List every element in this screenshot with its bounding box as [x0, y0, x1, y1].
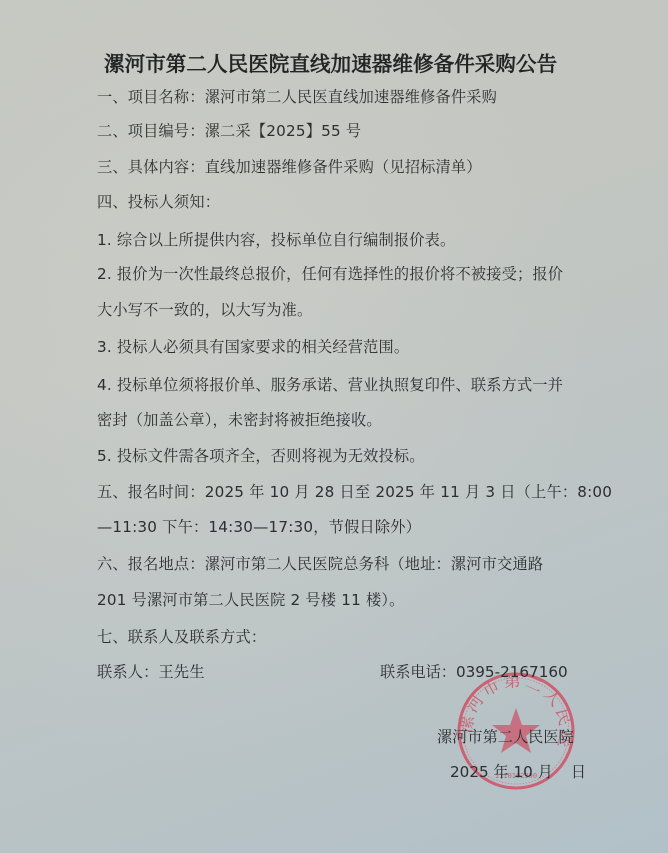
- procurement-notice-page: 漯河市第二人民医院直线加速器维修备件采购公告 一、项目名称：漯河市第二人民医直线…: [0, 0, 668, 853]
- contact-person: 联系人：王先生: [97, 661, 205, 682]
- item-registration-location: 六、报名地点：漯河市第二人民医院总务科（地址：漯河市交通路: [97, 553, 543, 574]
- item-project-number: 二、项目编号：漯二采【2025】55 号: [97, 120, 361, 141]
- contact-phone: 联系电话：0395-2167160: [380, 661, 568, 682]
- item-specific-content: 三、具体内容：直线加速器维修备件采购（见招标清单）: [97, 156, 482, 177]
- date-suffix: 日: [571, 763, 586, 781]
- notice-point-2: 2. 报价为一次性最终总报价，任何有选择性的报价将不被接受；报价: [97, 263, 563, 284]
- signature-organization: 漯河市第二人民医院: [437, 726, 574, 747]
- document-title: 漯河市第二人民医院直线加速器维修备件采购公告: [104, 47, 557, 77]
- date-prefix: 2025 年 10 月: [450, 763, 553, 781]
- notice-point-3: 3. 投标人必须具有国家要求的相关经营范围。: [97, 336, 409, 357]
- item-registration-location-continued: 201 号漯河市第二人民医院 2 号楼 11 楼）。: [97, 589, 405, 610]
- item-project-name: 一、项目名称：漯河市第二人民医直线加速器维修备件采购: [97, 86, 497, 107]
- notice-point-1: 1. 综合以上所提供内容，投标单位自行编制报价表。: [97, 229, 455, 250]
- signature-date: 2025 年 10 月日: [450, 761, 586, 782]
- notice-point-5: 5. 投标文件需各项齐全，否则将视为无效投标。: [97, 445, 425, 466]
- item-bidder-notice-heading: 四、投标人须知：: [97, 191, 220, 212]
- notice-point-4-continued: 密封（加盖公章），未密封将被拒绝接收。: [97, 409, 382, 430]
- item-registration-time: 五、报名时间：2025 年 10 月 28 日至 2025 年 11 月 3 日…: [97, 481, 612, 502]
- item-contact-heading: 七、联系人及联系方式：: [97, 626, 266, 647]
- item-registration-time-continued: —11:30 下午：14:30—17:30，节假日除外）: [97, 516, 421, 537]
- notice-point-4: 4. 投标单位须将报价单、服务承诺、营业执照复印件、联系方式一并: [97, 374, 563, 395]
- notice-point-2-continued: 大小写不一致的，以大写为准。: [97, 299, 312, 320]
